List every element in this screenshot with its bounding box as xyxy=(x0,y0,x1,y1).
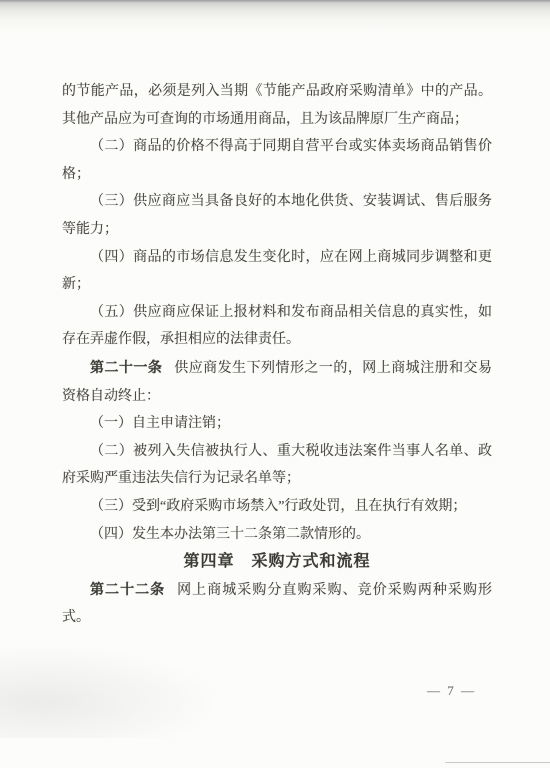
document-text-area: 的节能产品，必须是列入当期《节能产品政府采购清单》中的产品。其他产品应为可查询的… xyxy=(62,78,492,632)
paragraph-continuation: 的节能产品，必须是列入当期《节能产品政府采购清单》中的产品。其他产品应为可查询的… xyxy=(62,78,492,133)
paragraph-clause: （一）自主申请注销； xyxy=(62,410,492,438)
article-number-label: 第二十二条 xyxy=(90,581,165,597)
page-number: — 7 — xyxy=(427,681,476,701)
paragraph-article: 第二十一条供应商发生下列情形之一的，网上商城注册和交易资格自动终止： xyxy=(62,354,492,410)
paragraph-clause: （四）商品的市场信息发生变化时，应在网上商城同步调整和更新； xyxy=(62,244,492,299)
paragraph-clause: （五）供应商应保证上报材料和发布商品相关信息的真实性，如存在弄虚作假，承担相应的… xyxy=(62,299,492,354)
article-number-label: 第二十一条 xyxy=(90,359,162,375)
paragraph-clause: （二）被列入失信被执行人、重大税收违法案件当事人名单、政府采购严重违法失信行为记… xyxy=(62,438,492,493)
paragraph-clause: （四）发生本办法第三十二条第二款情形的。 xyxy=(62,521,492,549)
paragraph-clause: （三）供应商应当具备良好的本地化供货、安装调试、售后服务等能力； xyxy=(62,188,492,243)
paragraph-article: 第二十二条网上商城采购分直购采购、竞价采购两种采购形式。 xyxy=(62,576,492,632)
chapter-heading: 第四章 采购方式和流程 xyxy=(62,548,492,576)
paragraph-clause: （二）商品的价格不得高于同期自营平台或实体卖场商品销售价格； xyxy=(62,133,492,188)
scan-edge-top xyxy=(0,0,550,34)
paragraph-clause: （三）受到“政府采购市场禁入”行政处罚，且在执行有效期； xyxy=(62,493,492,521)
scanned-document-page: 的节能产品，必须是列入当期《节能产品政府采购清单》中的产品。其他产品应为可查询的… xyxy=(0,0,550,768)
scan-shadow-bottom-left xyxy=(0,648,210,738)
scan-artifact-line xyxy=(445,762,550,763)
